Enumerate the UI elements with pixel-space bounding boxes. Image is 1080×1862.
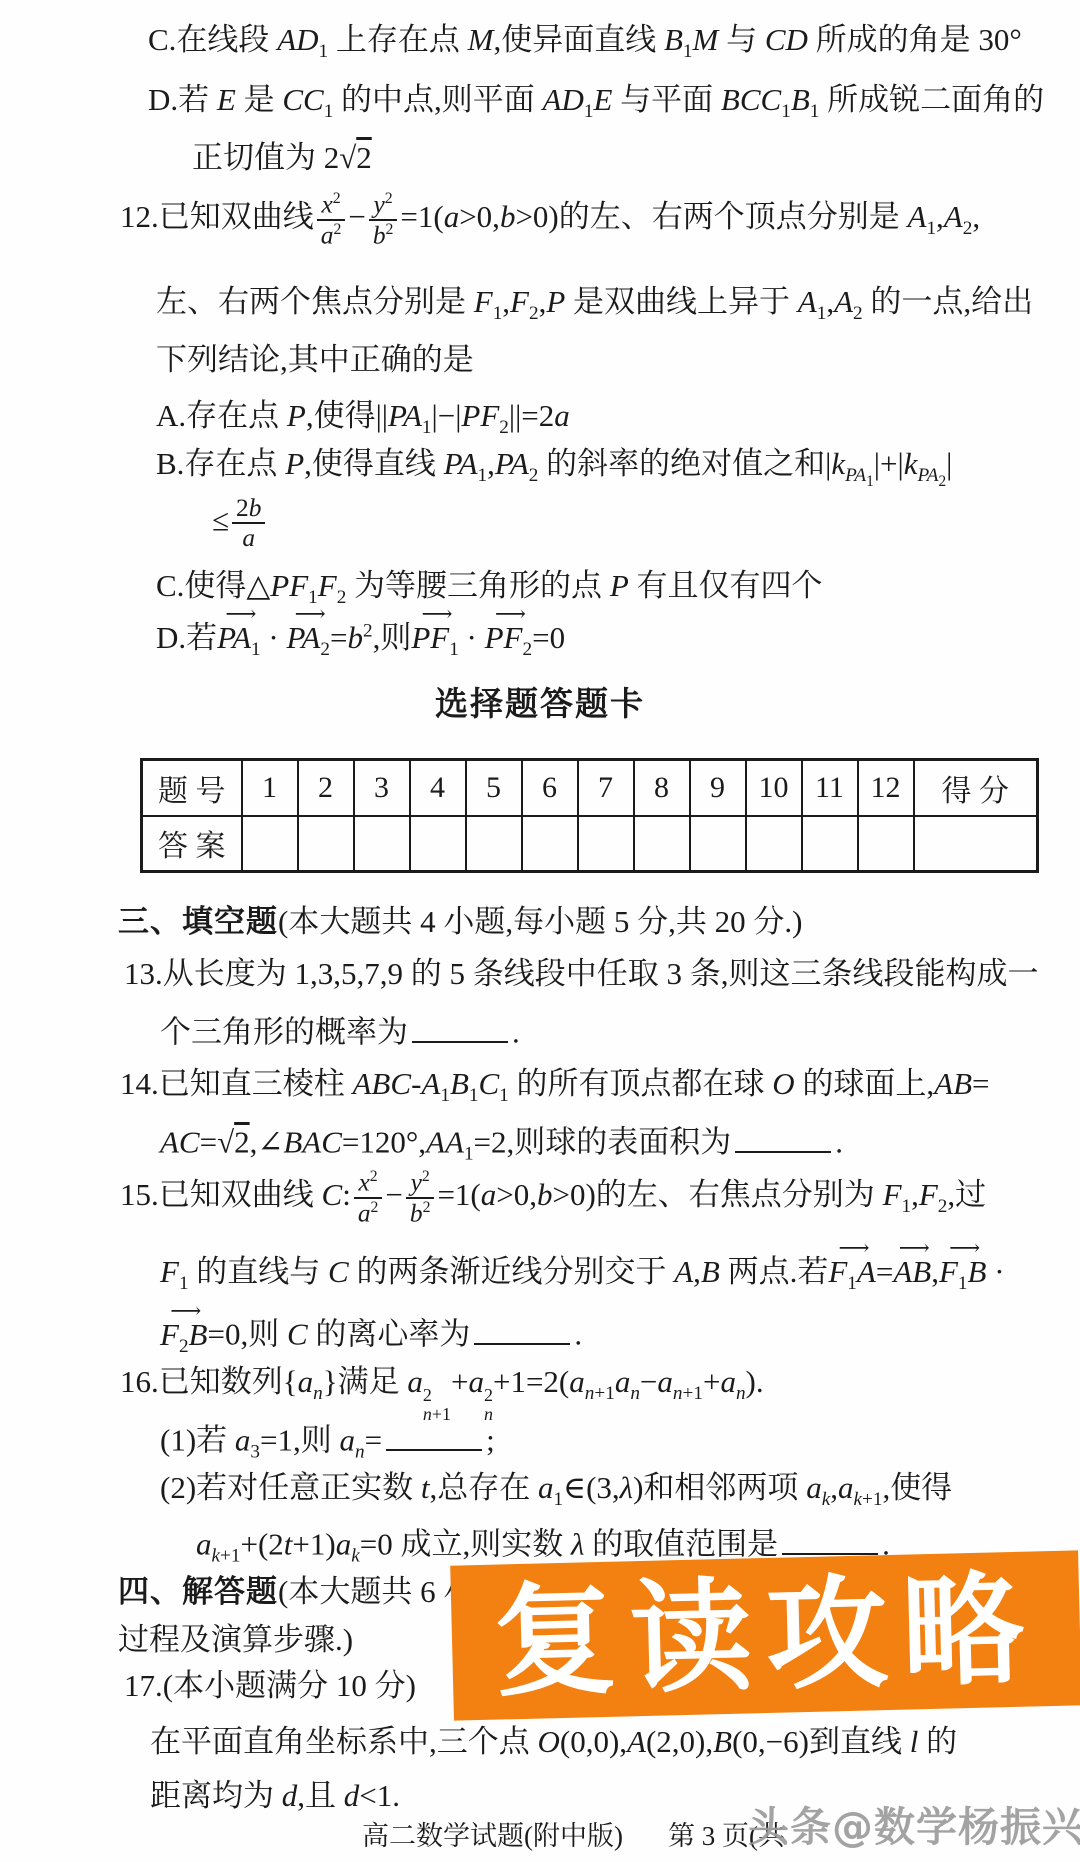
answer-card-col-1: 1 [242, 760, 298, 816]
q12-option-a: A.存在点 P,使得||PA1|−|PF2||=2a [156, 396, 570, 441]
answer-card-title: 选择题答题卡 [0, 678, 1080, 725]
answer-cell-3 [354, 816, 410, 872]
answer-card-col-7: 7 [578, 760, 634, 816]
q11-option-d-cont: 正切值为 2√2 [192, 138, 372, 178]
answer-cell-score [914, 816, 1038, 872]
q12-option-b-cont: ≤2ba [212, 494, 268, 553]
answer-cell-11 [802, 816, 858, 872]
q14-line1: 14.已知直三棱柱 ABC-A1B1C1 的所有顶点都在球 O 的球面上,AB= [120, 1064, 990, 1109]
q13-line2: 个三角形的概率为. [160, 1008, 520, 1053]
section3-title: 三、填空题 [118, 904, 278, 939]
q11-option-c: C.在线段 AD1 上存在点 M,使异面直线 B1M 与 CD 所成的角是 30… [148, 20, 1022, 65]
q14-line2: AC=√2,∠BAC=120°,AA1=2,则球的表面积为. [160, 1118, 843, 1168]
q15-line1: 15.已知双曲线 C:x2a2−y2b2=1(a>0,b>0)的左、右焦点分别为… [120, 1168, 986, 1228]
answer-card-col-10: 10 [746, 760, 802, 816]
footer-watermark: 头条@数学杨振兴老师 [748, 1794, 1080, 1853]
q12-line2: 左、右两个焦点分别是 F1,F2,P 是双曲线上异于 A1,A2 的一点,给出 [156, 282, 1033, 327]
answer-card-header-label: 题 号 [142, 760, 242, 816]
answer-card-answer-row: 答 案 [142, 816, 1038, 872]
answer-card-col-5: 5 [466, 760, 522, 816]
footer-doc-title: 高二数学试题(附中版) [362, 1814, 623, 1853]
answer-card-col-8: 8 [634, 760, 690, 816]
answer-cell-9 [690, 816, 746, 872]
section3-heading-line: 三、填空题(本大题共 4 小题,每小题 5 分,共 20 分.) [118, 902, 802, 942]
q17-line3: 距离均为 d,且 d<1. [150, 1776, 400, 1816]
answer-card-answer-label: 答 案 [142, 816, 242, 872]
q16-part2a: (2)若对任意正实数 t,总存在 a1∈(3,λ)和相邻两项 ak,ak+1,使… [160, 1468, 952, 1513]
answer-cell-7 [578, 816, 634, 872]
section4-heading-line: 四、解答题(本大题共 6 小 [118, 1572, 474, 1612]
answer-cell-12 [858, 816, 914, 872]
promo-banner: 复读攻略 [450, 1550, 1080, 1720]
answer-card-col-11: 11 [802, 760, 858, 816]
answer-card-table: 题 号 1 2 3 4 5 6 7 8 9 10 11 12 得 分 答 案 [140, 758, 1039, 873]
answer-card-col-4: 4 [410, 760, 466, 816]
exam-paper-page: C.在线段 AD1 上存在点 M,使异面直线 B1M 与 CD 所成的角是 30… [0, 0, 1080, 1862]
q12-option-b: B.存在点 P,使得直线 PA1,PA2 的斜率的绝对值之和|kPA1|+|kP… [156, 444, 952, 492]
q13-line1: 13.从长度为 1,3,5,7,9 的 5 条线段中任取 3 条,则这三条线段能… [124, 954, 1039, 994]
q17-line1: 17.(本小题满分 10 分) [124, 1666, 416, 1706]
answer-card-col-6: 6 [522, 760, 578, 816]
q12-option-d: D.若PA1 · PA2=b2,则PF1 · PF2=0 [156, 618, 565, 663]
answer-cell-4 [410, 816, 466, 872]
answer-cell-8 [634, 816, 690, 872]
answer-cell-6 [522, 816, 578, 872]
answer-card-score-label: 得 分 [914, 760, 1038, 816]
section4-subtitle: (本大题共 6 小 [278, 1574, 474, 1609]
q17-line2: 在平面直角坐标系中,三个点 O(0,0),A(2,0),B(0,−6)到直线 l… [150, 1722, 957, 1762]
answer-card-col-9: 9 [690, 760, 746, 816]
section4-title: 四、解答题 [118, 1574, 278, 1609]
answer-card-col-2: 2 [298, 760, 354, 816]
answer-cell-1 [242, 816, 298, 872]
q15-line2: F1 的直线与 C 的两条渐近线分别交于 A,B 两点.若F1A=AB,F1B … [160, 1252, 1005, 1297]
q12-line3: 下列结论,其中正确的是 [156, 340, 474, 380]
q15-line3: F2B=0,则 C 的离心率为. [160, 1310, 582, 1360]
answer-cell-10 [746, 816, 802, 872]
q16-line1: 16.已知数列{an}满足 a2n+1+a2n+1=2(an+1an−an+1+… [120, 1362, 764, 1424]
answer-cell-5 [466, 816, 522, 872]
promo-banner-text: 复读攻略 [493, 1568, 1040, 1703]
answer-cell-2 [298, 816, 354, 872]
answer-card-col-3: 3 [354, 760, 410, 816]
q16-part1: (1)若 a3=1,则 an=; [160, 1416, 495, 1466]
answer-card-col-12: 12 [858, 760, 914, 816]
answer-card-header-row: 题 号 1 2 3 4 5 6 7 8 9 10 11 12 得 分 [142, 760, 1038, 816]
q11-option-d: D.若 E 是 CC1 的中点,则平面 AD1E 与平面 BCC1B1 所成锐二… [148, 80, 1044, 125]
section4-line2: 过程及演算步骤.) [118, 1620, 353, 1660]
q12-line1: 12.已知双曲线x2a2−y2b2=1(a>0,b>0)的左、右两个顶点分别是 … [120, 190, 980, 250]
section3-subtitle: (本大题共 4 小题,每小题 5 分,共 20 分.) [278, 904, 802, 939]
